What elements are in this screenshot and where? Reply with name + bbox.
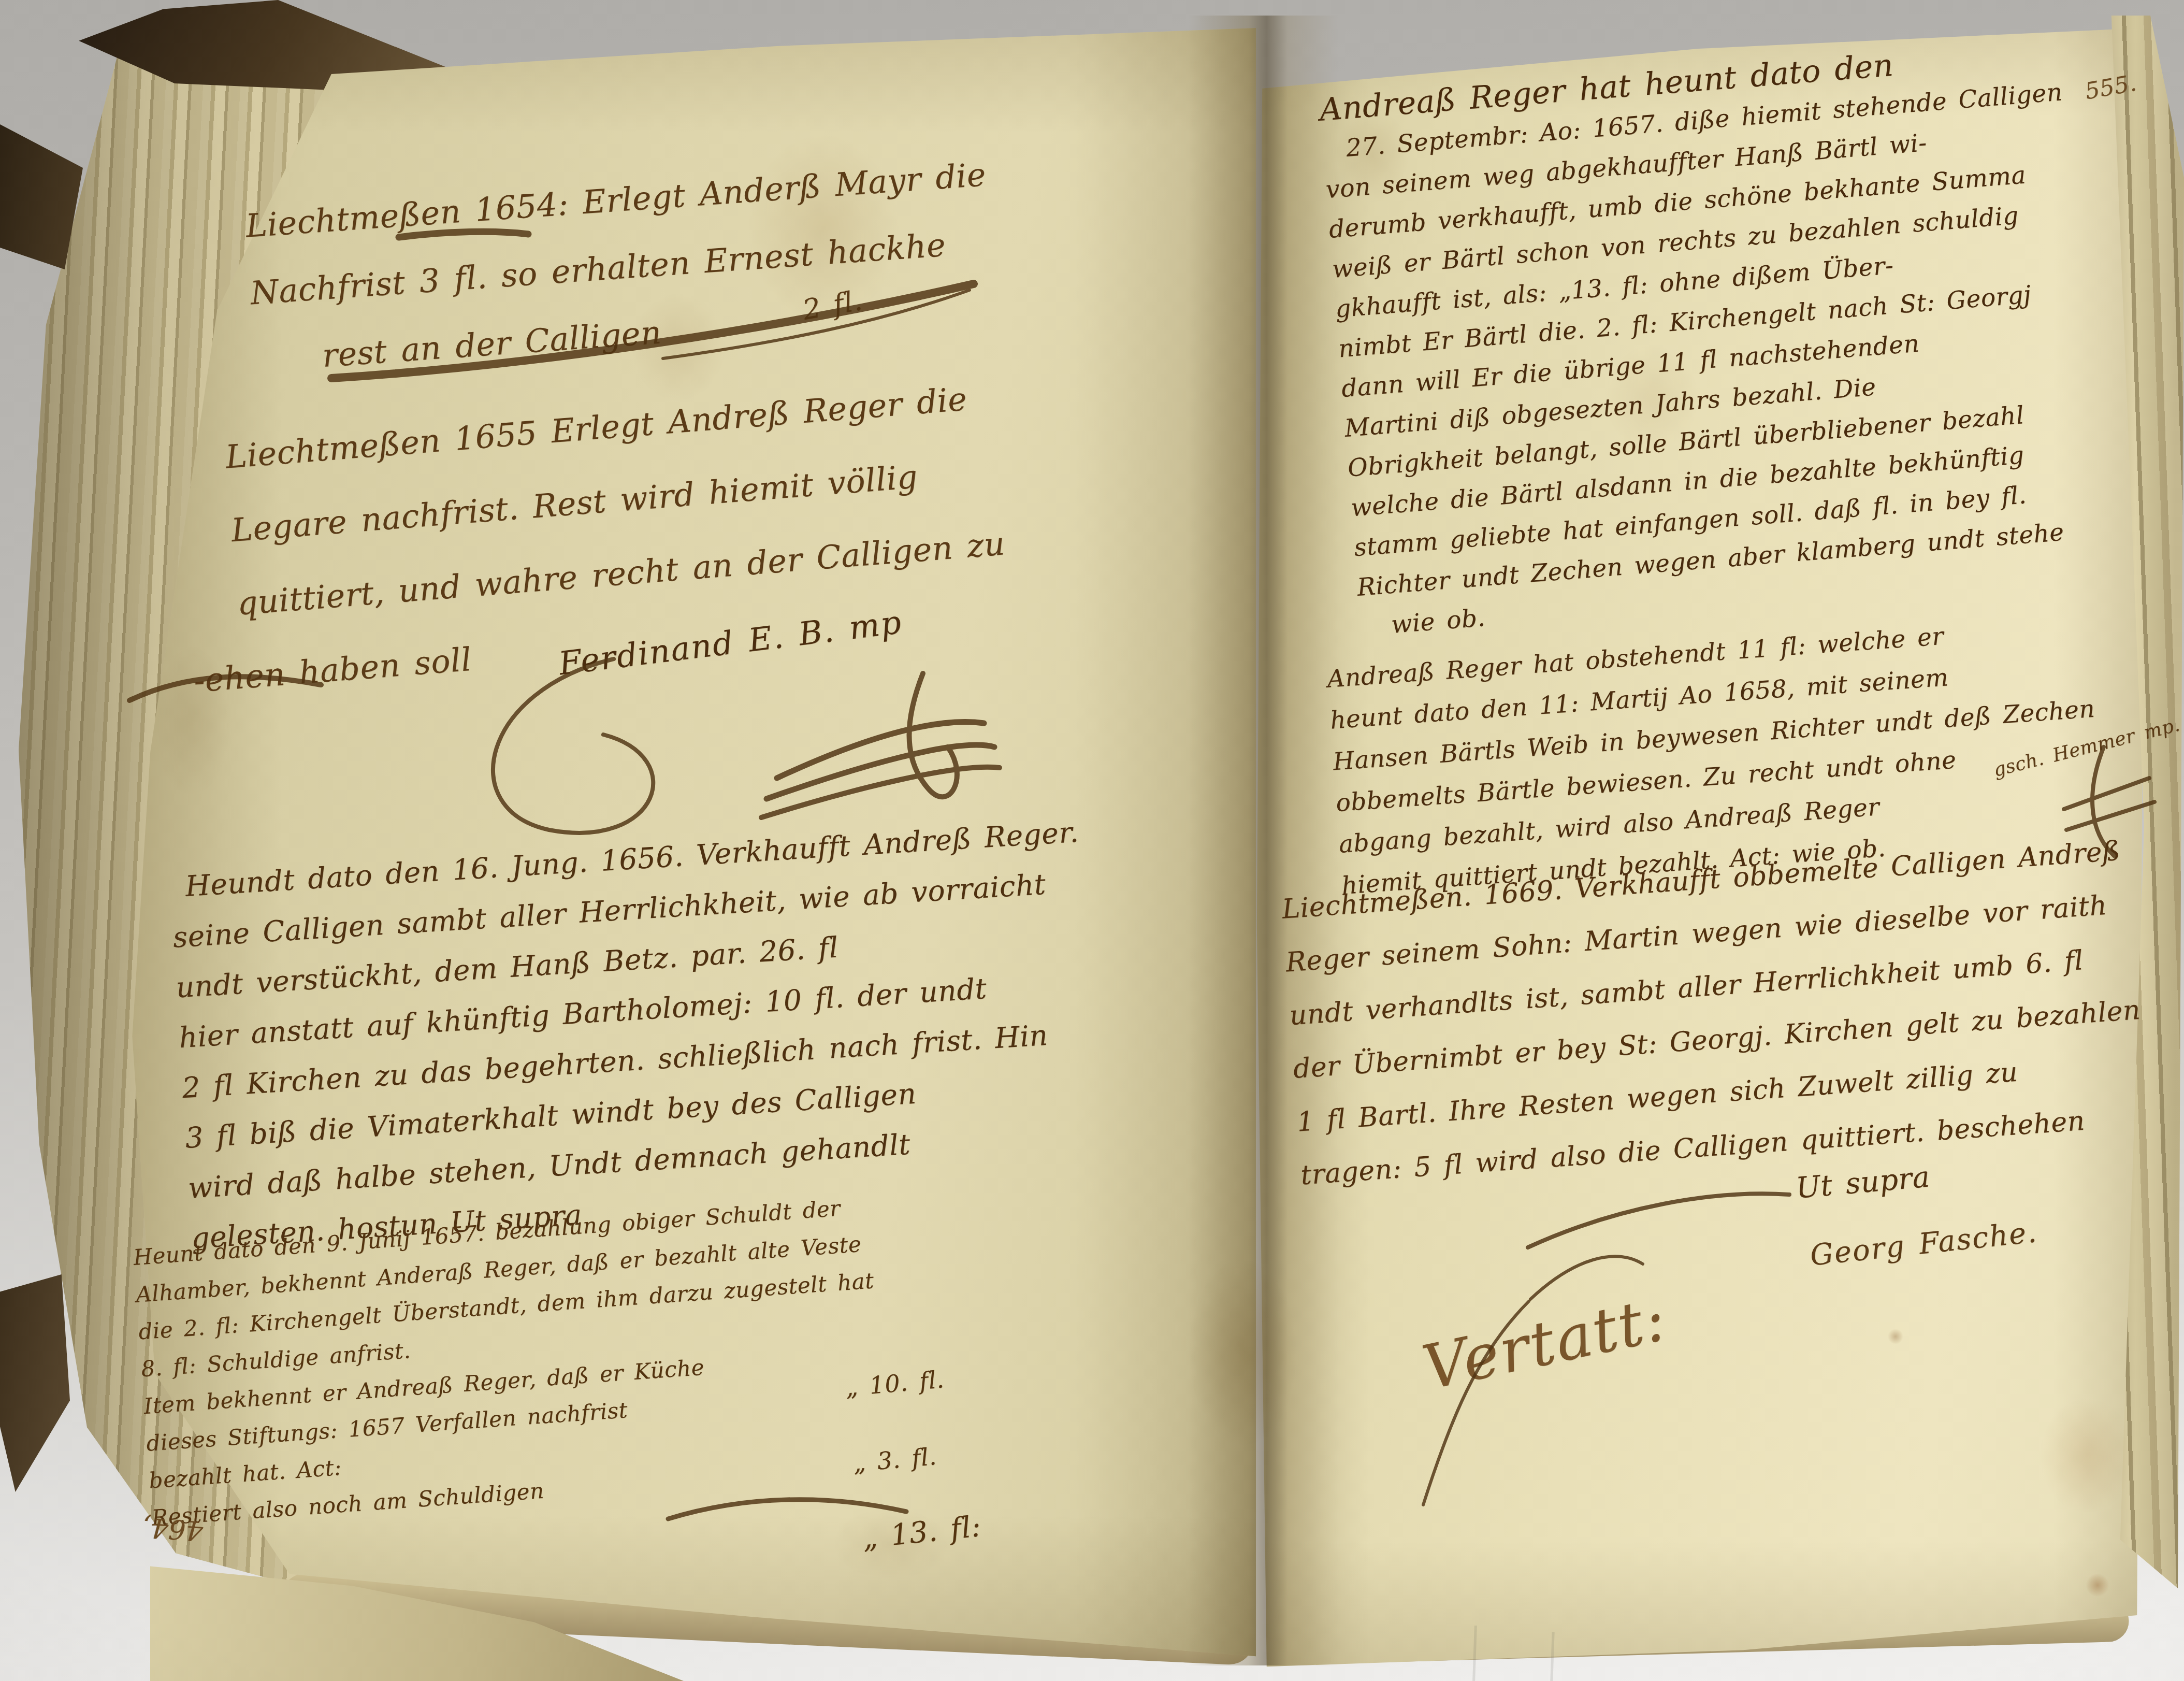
entry-1656-sale: Heundt dato den 16. Jung. 1656. Verkhauf… [168,808,1082,1264]
entry-1657-resale: Andreaß Reger hat heunt dato den27. Sept… [1318,24,2184,647]
entry-1669-liechtmessen: Liechtmeßen. 1669. Verkhaufft obbemelte … [1280,821,2184,1202]
manuscript-photo: Liechtmeßen 1654: Erlegt Anderß Mayr die… [0,0,2184,1681]
entry-1657-payment: Heunt dato den 9. Junij 1657. bezahlung … [132,1183,959,1536]
torn-edge-fragment [0,1274,70,1492]
folio-number-464: 464, [141,1511,205,1546]
